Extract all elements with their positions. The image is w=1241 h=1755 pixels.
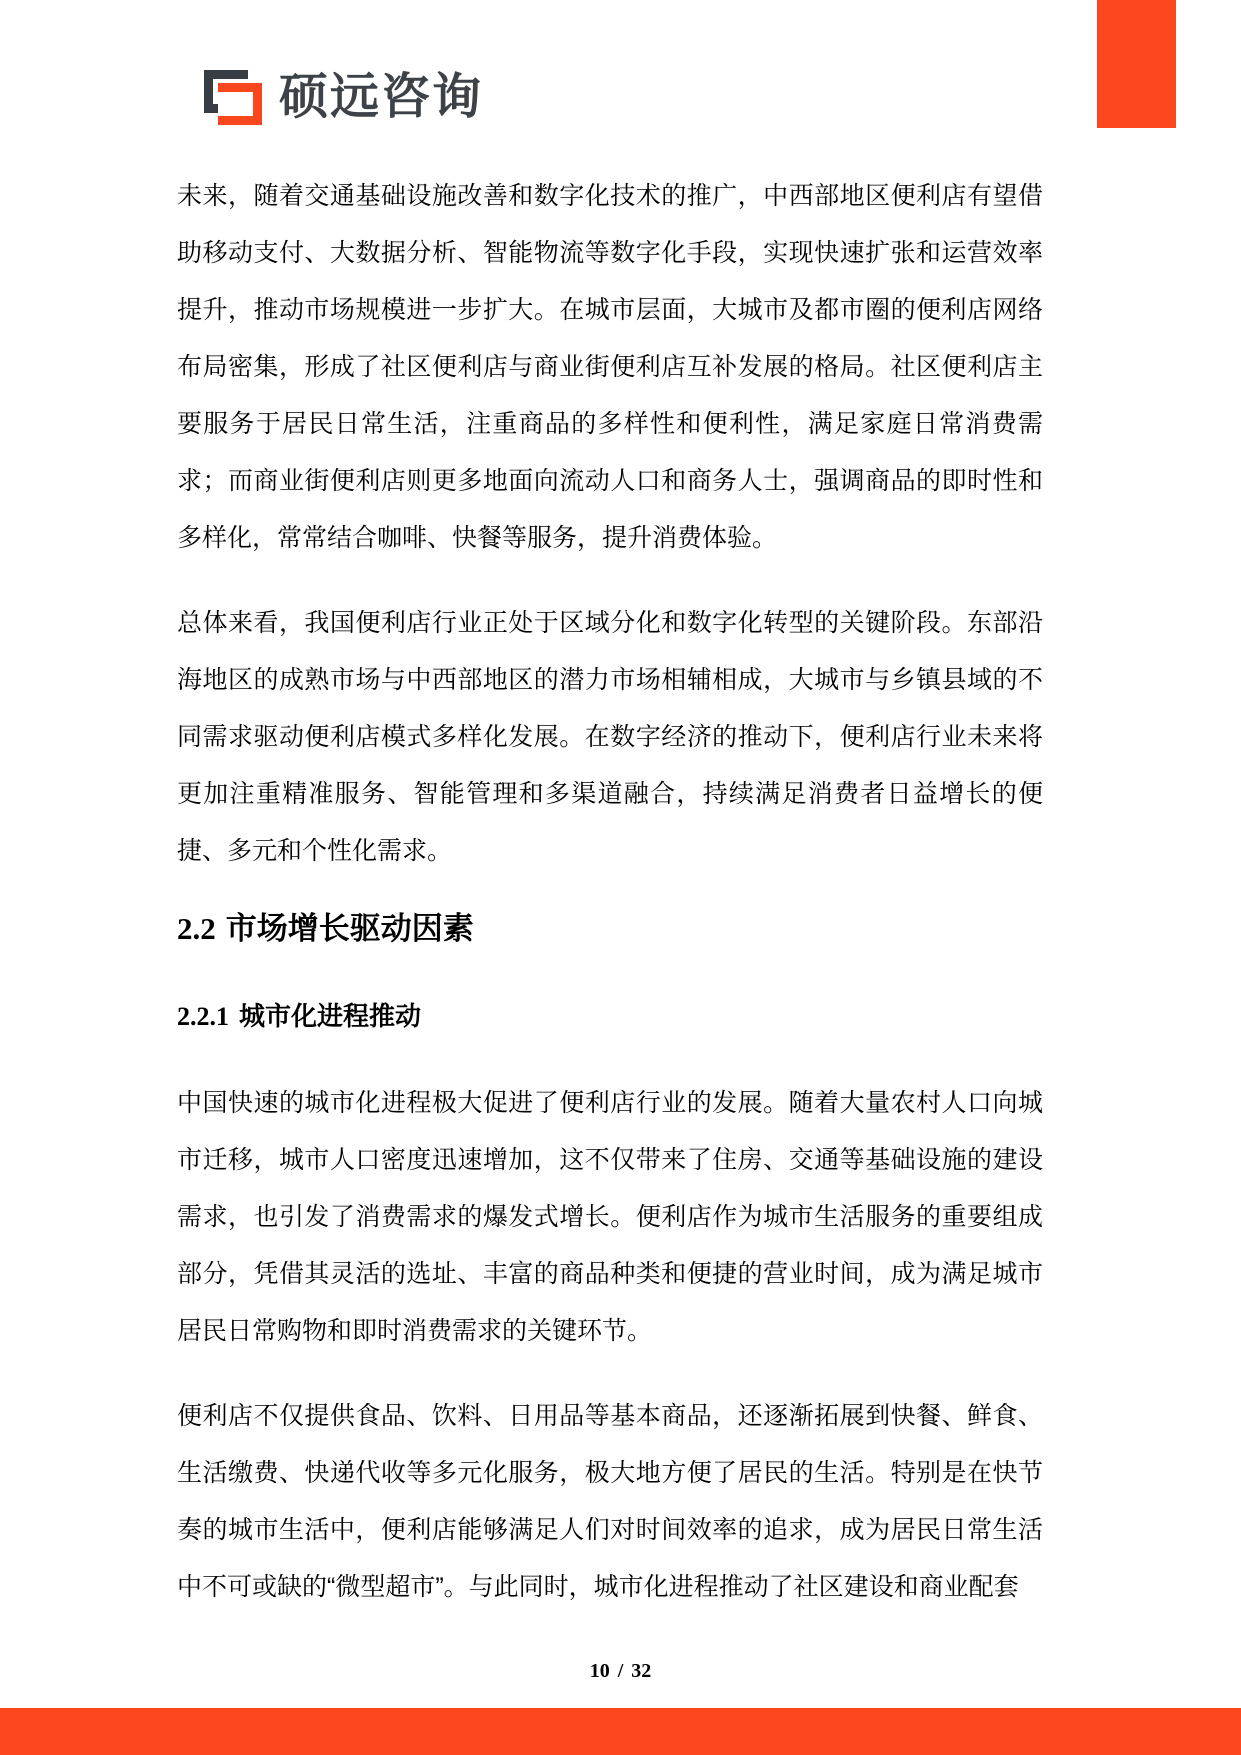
subsection-number: 2.2.1 bbox=[177, 1002, 229, 1031]
subsection-title: 城市化进程推动 bbox=[239, 1001, 421, 1031]
body-paragraph: 中国快速的城市化进程极大促进了便利店行业的发展。随着大量农村人口向城市迁移，城市… bbox=[177, 1075, 1043, 1360]
brand-logo: 硕远咨询 bbox=[204, 70, 483, 125]
document-page: 硕远咨询 未来，随着交通基础设施改善和数字化技术的推广，中西部地区便利店有望借助… bbox=[0, 0, 1241, 1755]
page-number-current: 10 bbox=[590, 1660, 610, 1682]
body-paragraph: 总体来看，我国便利店行业正处于区域分化和数字化转型的关键阶段。东部沿海地区的成熟… bbox=[177, 595, 1043, 880]
page-number-separator: / bbox=[618, 1660, 624, 1682]
document-body: 未来，随着交通基础设施改善和数字化技术的推广，中西部地区便利店有望借助移动支付、… bbox=[177, 168, 1043, 1644]
footer-accent-bar bbox=[0, 1708, 1241, 1755]
section-title: 市场增长驱动因素 bbox=[226, 911, 474, 946]
logo-orange-bracket-shape bbox=[218, 83, 262, 125]
section-number: 2.2 bbox=[177, 911, 216, 946]
corner-accent-rect bbox=[1097, 0, 1176, 128]
body-paragraph: 便利店不仅提供食品、饮料、日用品等基本商品，还逐渐拓展到快餐、鲜食、生活缴费、快… bbox=[177, 1388, 1043, 1616]
brand-name: 硕远咨询 bbox=[279, 73, 483, 122]
subsection-heading: 2.2.1城市化进程推动 bbox=[177, 998, 1043, 1035]
brand-logo-icon bbox=[204, 70, 262, 125]
body-paragraph: 未来，随着交通基础设施改善和数字化技术的推广，中西部地区便利店有望借助移动支付、… bbox=[177, 168, 1043, 567]
page-number-total: 32 bbox=[631, 1660, 651, 1682]
section-heading: 2.2市场增长驱动因素 bbox=[177, 908, 1043, 950]
page-number: 10/32 bbox=[0, 1658, 1241, 1684]
